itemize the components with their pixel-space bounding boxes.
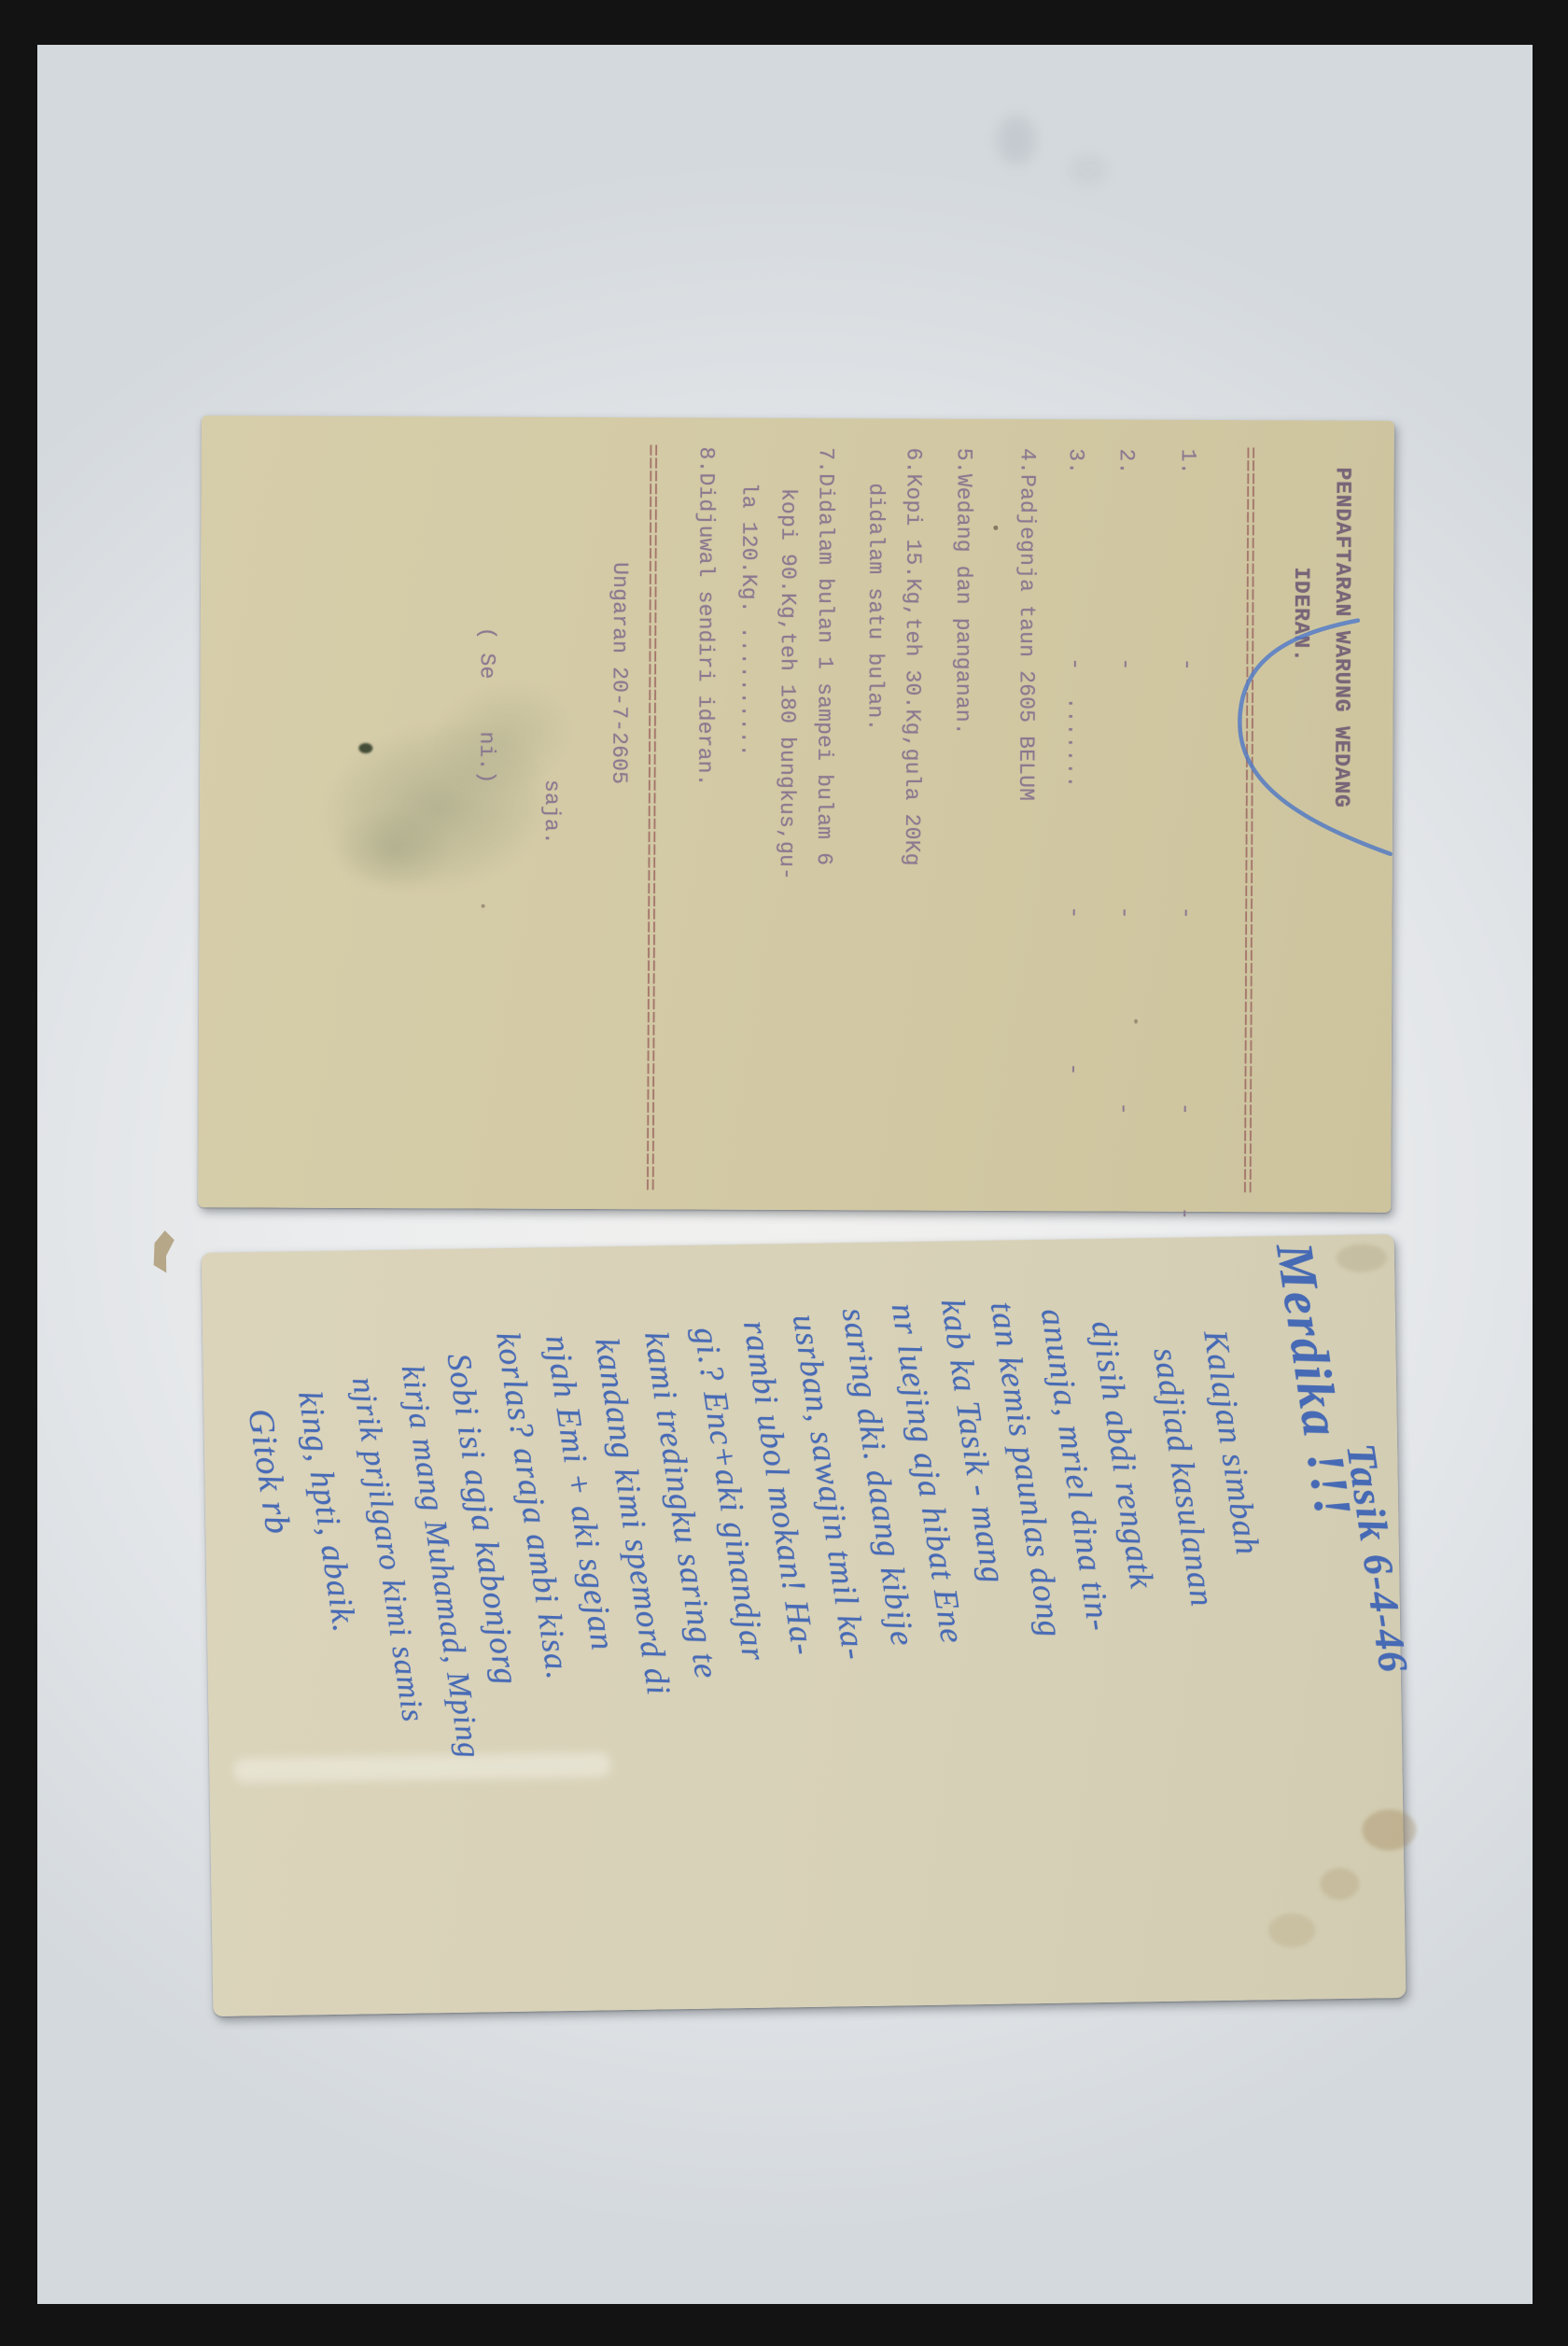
typed-postcard: PENDAFTARAN WARUNG WEDANGIDERAN.========…	[198, 415, 1394, 1213]
photo-frame: PENDAFTARAN WARUNG WEDANGIDERAN.========…	[0, 0, 1568, 2346]
handwritten-postcard: Tasik 6-4-46Merdika !!!Kalajan simbahsad…	[202, 1234, 1407, 2016]
backdrop-smudge	[997, 116, 1036, 164]
handwritten-line: Merdika !!!	[1264, 1239, 1364, 1523]
backdrop-smudge	[1070, 155, 1107, 185]
blue-pen-mark	[198, 415, 1394, 1213]
handwritten-line: Gitok rb	[240, 1406, 299, 1538]
handwritten-text-block: Tasik 6-4-46Merdika !!!Kalajan simbahsad…	[202, 1234, 1407, 2016]
